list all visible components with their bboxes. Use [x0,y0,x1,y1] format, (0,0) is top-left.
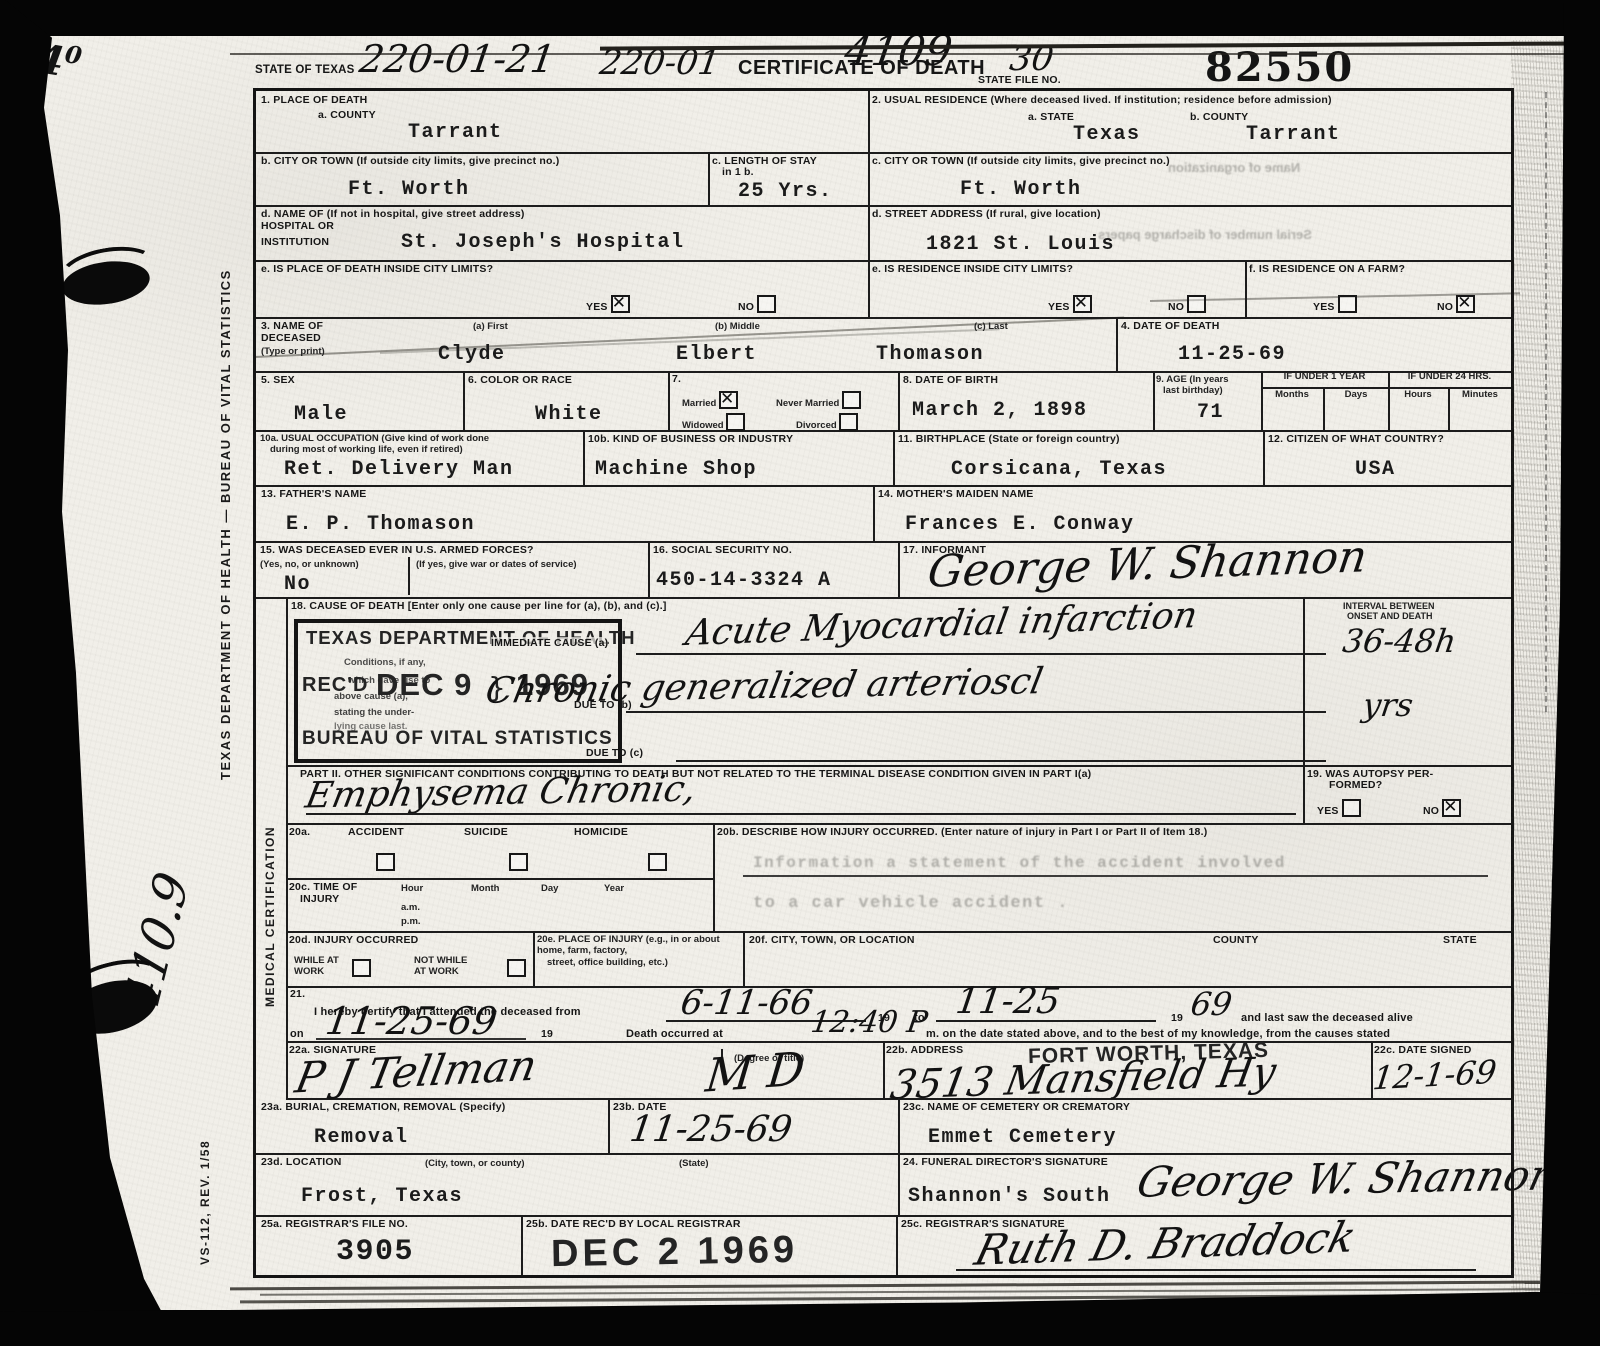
interval-b-value: yrs [1361,689,1415,721]
field-12-value: USA [1355,460,1396,480]
part-2-line [306,813,1296,815]
field-21-number: 21. [290,988,305,1001]
field-4-value: 11-25-69 [1178,345,1286,365]
field-15-label: 15. WAS DECEASED EVER IN U.S. ARMED FORC… [260,544,534,557]
days-label: Days [1327,389,1385,400]
cb-1e-yes [611,295,630,313]
cause-c-line [676,760,1326,762]
month-label: Month [471,883,500,894]
last-seen-date: 11-25-69 [323,1002,499,1040]
field-23b-date: 23b. DATE 11-25-69 [608,1098,900,1155]
cb-2f-no [1456,295,1475,313]
physician-degree: M D [704,1045,807,1098]
time-of-death: 12:40 P [809,1008,929,1038]
field-24-label: 24. FUNERAL DIRECTOR'S SIGNATURE [903,1156,1108,1169]
field-2f-farm: f. IS RESIDENCE ON A FARM? YES NO [1245,260,1511,319]
field-25a-registrar-file: 25a. REGISTRAR'S FILE NO. 3905 [256,1215,523,1275]
death-occurred-at: Death occurred at [626,1028,723,1041]
field-23c-label: 23c. NAME OF CEMETERY OR CREMATORY [903,1101,1130,1114]
am-label: a.m. [401,902,420,913]
county-header: COUNTY [1213,934,1259,947]
field-24-value: Shannon's South [908,1187,1111,1207]
medical-certification-column: MEDICAL CERTIFICATION [256,597,288,1098]
handwritten-code-2: 220-01 [598,46,722,80]
field-25b-label: 25b. DATE REC'D BY LOCAL REGISTRAR [526,1218,741,1231]
certify-text-3: and last saw the deceased alive [1241,1012,1413,1025]
field-23d-sub2: (State) [679,1158,709,1169]
certify-19-b: 19 [1171,1012,1183,1025]
field-2-usual-residence: 2. USUAL RESIDENCE (Where deceased lived… [868,91,1511,154]
cause-a-line [636,653,1326,655]
field-23a-burial: 23a. BURIAL, CREMATION, REMOVAL (Specify… [256,1098,610,1155]
if-under-1-year-label: IF UNDER 1 YEAR [1261,371,1388,389]
field-3-title2: DECEASED [261,332,321,345]
stamp-recd: REC'D [302,675,368,695]
field-9-label: 9. AGE (In years [1156,374,1229,385]
field-9-age: 9. AGE (In years last birthday) 71 [1153,371,1263,432]
top-scan-line-2 [230,53,1600,55]
field-13-label: 13. FATHER'S NAME [261,488,366,501]
state-of-texas-label: STATE OF TEXAS [255,64,355,78]
field-10b-industry: 10b. KIND OF BUSINESS OR INDUSTRY Machin… [583,430,895,487]
field-10a-value: Ret. Delivery Man [284,460,514,480]
field-23c-cemetery: 23c. NAME OF CEMETERY OR CREMATORY Emmet… [898,1098,1511,1155]
field-3c-label: (c) Last [974,321,1008,332]
physician-signature: P J Tellman [292,1044,540,1099]
field-3-title1: 3. NAME OF [261,320,323,333]
cb-1e-no [757,295,776,313]
handwritten-file-no: 4109 [842,30,955,72]
injury-line [743,875,1488,877]
field-2e-label: e. IS RESIDENCE INSIDE CITY LIMITS? [872,263,1073,276]
minutes-label: Minutes [1452,389,1508,400]
cb-married [719,391,738,409]
scan-border-top [0,0,1600,36]
field-1-place-of-death: 1. PLACE OF DEATH a. COUNTY Tarrant [256,91,870,154]
stamp-date-month: DEC 9 [376,669,472,700]
field-1d-hospital: d. NAME OF (If not in hospital, give str… [256,205,870,262]
field-23d-value: Frost, Texas [301,1187,463,1207]
field-23c-value: Emmet Cemetery [928,1128,1117,1148]
field-3-name-of-deceased: 3. NAME OF DECEASED (Type or print) (a) … [256,317,1118,373]
cb-widowed [726,413,745,431]
cb-not-while-at-work [507,959,526,977]
pm-label: p.m. [401,916,421,927]
handwritten-code-1: 220-01-21 [357,40,557,78]
right-margin-dashed-line [1545,92,1547,712]
certificate-form: 1. PLACE OF DEATH a. COUNTY Tarrant 2. U… [253,88,1514,1278]
state-header: STATE [1443,934,1477,947]
field-1b-value: Ft. Worth [348,180,470,200]
field-7-label: 7. [672,373,681,386]
cb-accident [376,853,395,871]
field-15-label2: (Yes, no, or unknown) [260,559,359,570]
field-25b-date-received: 25b. DATE REC'D BY LOCAL REGISTRAR DEC 2… [521,1215,898,1275]
interval-a-value: 36-48h [1341,625,1458,657]
field-20a-manner: 20a. ACCIDENT SUICIDE HOMICIDE [286,823,715,880]
field-12-label: 12. CITIZEN OF WHAT COUNTRY? [1268,433,1444,446]
field-21-certification: 21. I hereby certify that I attended the… [286,986,1511,1043]
field-2d-value: 1821 St. Louis [926,235,1115,255]
field-17-informant: 17. INFORMANT George W. Shannon [898,541,1511,599]
field-16-ssn: 16. SOCIAL SECURITY NO. 450-14-3324 A [648,541,900,599]
field-15-value: No [284,575,311,595]
field-15-label3: (If yes, give war or dates of service) [416,559,577,570]
cb-2e-yes [1073,295,1092,313]
field-1c-value: 25 Yrs. [738,182,833,202]
injury-ghost-line-2: to a car vehicle accident . [753,895,1069,912]
field-11-birthplace: 11. BIRTHPLACE (State or foreign country… [893,430,1265,487]
field-25a-label: 25a. REGISTRAR'S FILE NO. [261,1218,408,1231]
certify-line-2 [936,1020,1156,1022]
if-under-24-hrs-label: IF UNDER 24 HRS. [1388,371,1511,389]
interval-label-2: ONSET AND DEATH [1347,611,1433,622]
interval-column: INTERVAL BETWEEN ONSET AND DEATH 36-48h … [1303,597,1511,767]
cb-2e-no [1187,295,1206,313]
cause-a-handwriting: Acute Myocardial infarction [683,598,1200,652]
field-22b-label: 22b. ADDRESS [886,1044,963,1057]
field-1d-value: St. Joseph's Hospital [401,233,685,253]
cb-19-no [1442,799,1461,817]
field-23a-label: 23a. BURIAL, CREMATION, REMOVAL (Specify… [261,1101,505,1114]
field-22b-address: 22b. ADDRESS FORT WORTH, TEXAS 3513 Mans… [883,1041,1373,1100]
field-20d-label: 20d. INJURY OCCURRED [289,934,418,947]
cb-homicide [648,853,667,871]
field-1e-yes-label: YES [586,301,608,313]
field-8-date-of-birth: 8. DATE OF BIRTH March 2, 1898 [898,371,1155,432]
medical-certification-vertical-text: MEDICAL CERTIFICATION [263,687,277,1007]
field-7-married-label: Married [682,398,716,409]
while-at-work-label2: WORK [294,966,324,977]
field-3a-label: (a) First [473,321,508,332]
certify-text-6: m. on the date stated above, and to the … [926,1028,1390,1041]
field-22c-date-signed: 22c. DATE SIGNED 12-1-69 [1371,1041,1511,1100]
registrar-signature-handwriting: Ruth D. Braddock [971,1216,1360,1272]
field-2b-label: b. COUNTY [1190,111,1248,124]
field-3b-value: Elbert [676,345,757,365]
field-24-funeral-director: 24. FUNERAL DIRECTOR'S SIGNATURE Shannon… [898,1153,1511,1217]
date-signed-handwriting: 12-1-69 [1371,1056,1498,1095]
field-20b-describe-injury: 20b. DESCRIBE HOW INJURY OCCURRED. (Ente… [713,823,1511,933]
field-1a-label: a. COUNTY [318,109,376,122]
field-19-yes-label: YES [1317,805,1339,817]
cb-divorced [839,413,858,431]
year-label: Year [604,883,624,894]
while-at-work-label1: WHILE AT [294,955,339,966]
field-20c-label1: 20c. TIME OF [289,881,357,894]
field-9-if-under-1-year: IF UNDER 1 YEAR Months Days [1261,371,1390,432]
field-23d-location: 23d. LOCATION (City, town, or county) (S… [256,1153,900,1217]
field-12-citizen: 12. CITIZEN OF WHAT COUNTRY? USA [1263,430,1511,487]
field-1a-value: Tarrant [408,123,503,143]
field-2-title: 2. USUAL RESIDENCE (Where deceased lived… [872,94,1332,107]
field-2a-value: Texas [1073,125,1141,145]
field-10a-occupation: 10a. USUAL OCCUPATION (Give kind of work… [256,430,585,487]
field-2d-label: d. STREET ADDRESS (If rural, give locati… [872,208,1101,221]
dept-vertical-text: TEXAS DEPARTMENT OF HEALTH — BUREAU OF V… [218,100,233,780]
certify-19-c: 19 [541,1028,553,1041]
field-2a-label: a. STATE [1028,111,1074,124]
cb-never-married [842,391,861,409]
registrar-signature-line [956,1269,1476,1271]
field-5-label: 5. SEX [261,374,295,387]
field-19-no-label: NO [1423,805,1439,817]
field-23a-value: Removal [314,1128,409,1148]
part-2-handwriting: Emphysema Chronic, [303,772,700,815]
cause-b-line [626,711,1326,713]
state-file-no-label: STATE FILE NO. [978,74,1061,87]
field-16-label: 16. SOCIAL SECURITY NO. [653,544,792,557]
field-4-label: 4. DATE OF DEATH [1121,320,1219,333]
field-22a-signature: 22a. SIGNATURE (Degree or title) P J Tel… [286,1041,885,1100]
field-20c-label2: INJURY [300,893,339,906]
field-1d-label: d. NAME OF (If not in hospital, give str… [261,208,525,221]
field-2f-yes-label: YES [1313,301,1335,313]
attended-from-date: 6-11-66 [679,986,815,1020]
field-19-autopsy: 19. WAS AUTOPSY PER- FORMED? YES NO [1303,765,1511,825]
form-number-vertical: VS-112, REV. 1/58 [198,1085,212,1265]
field-9-if-under-24-hrs: IF UNDER 24 HRS. Hours Minutes [1388,371,1511,432]
field-20c-time-of-injury: 20c. TIME OF INJURY Hour Month Day Year … [286,878,715,933]
stamp-under-text-4: stating the under- [334,707,414,718]
field-19-label2: FORMED? [1329,779,1382,792]
field-6-label: 6. COLOR OR RACE [468,374,572,387]
hours-label: Hours [1388,389,1450,430]
day-label: Day [541,883,558,894]
field-14-mothers-maiden-name: 14. MOTHER'S MAIDEN NAME Frances E. Conw… [873,485,1511,543]
date-received-stamp: DEC 2 1969 [551,1231,799,1273]
homicide-label: HOMICIDE [574,826,628,839]
field-2c-label: c. CITY OR TOWN (If outside city limits,… [872,155,1170,168]
field-1b-label: b. CITY OR TOWN (If outside city limits,… [261,155,559,168]
field-1d-label3: INSTITUTION [261,236,329,249]
bleedthrough-text-1: Name of organization [1168,160,1300,176]
field-3a-value: Clyde [438,345,506,365]
scanned-death-certificate: STATE OF TEXAS 220-01-21 220-01 CERTIFIC… [0,0,1600,1346]
field-2e-city-limits: e. IS RESIDENCE INSIDE CITY LIMITS? YES … [868,260,1247,319]
field-15-inner-divider [408,557,410,595]
field-9-value: 71 [1197,403,1224,423]
bleedthrough-text-2: Serial number of discharge papers [1098,227,1312,243]
field-1d-label2: HOSPITAL OR [261,220,334,233]
field-9-label2: last birthday) [1163,385,1223,396]
field-20e-place-of-injury: 20e. PLACE OF INJURY (e.g., in or about … [533,931,745,988]
field-13-value: E. P. Thomason [286,515,475,535]
field-1c-label2: in 1 b. [722,166,754,179]
field-10a-label: 10a. USUAL OCCUPATION (Give kind of work… [260,433,489,444]
field-20f-label: 20f. CITY, TOWN, OR LOCATION [749,934,915,947]
accident-label: ACCIDENT [348,826,404,839]
part-2-conditions: PART II. OTHER SIGNIFICANT CONDITIONS CO… [286,765,1305,825]
injury-ghost-line-1: Information a statement of the accident … [753,855,1286,871]
field-2c-value: Ft. Worth [960,180,1082,200]
field-1b-city: b. CITY OR TOWN (If outside city limits,… [256,152,710,207]
cb-19-yes [1342,799,1361,817]
field-23b-handwriting: 11-25-69 [627,1112,794,1148]
field-11-label: 11. BIRTHPLACE (State or foreign country… [898,433,1120,446]
field-20e-label2: street, office building, etc.) [547,957,668,968]
field-4-date-of-death: 4. DATE OF DEATH 11-25-69 [1116,317,1511,373]
immediate-cause-label: IMMEDIATE CAUSE (a) [491,637,608,650]
field-2f-no-label: NO [1437,301,1453,313]
field-1c-length-of-stay: c. LENGTH OF STAY in 1 b. 25 Yrs. [708,152,870,207]
months-label: Months [1261,389,1325,430]
field-10a-label2: during most of working life, even if ret… [270,444,463,455]
field-2e-no-label: NO [1168,301,1184,313]
not-while-at-work-label2: AT WORK [414,966,459,977]
field-3c-value: Thomason [876,345,984,365]
field-2e-yes-label: YES [1048,301,1070,313]
field-6-value: White [535,405,603,425]
field-8-value: March 2, 1898 [912,401,1088,421]
field-20a-number: 20a. [289,826,310,839]
field-2d-street: d. STREET ADDRESS (If rural, give locati… [868,205,1511,262]
due-to-c-label: DUE TO (c) [586,747,643,760]
field-2b-value: Tarrant [1246,125,1341,145]
field-2f-label: f. IS RESIDENCE ON A FARM? [1249,263,1405,276]
not-while-at-work-label1: NOT WHILE [414,955,467,966]
cb-while-at-work [352,959,371,977]
field-1-title: 1. PLACE OF DEATH [261,94,367,107]
suicide-label: SUICIDE [464,826,508,839]
field-11-value: Corsicana, Texas [951,460,1167,480]
field-10b-value: Machine Shop [595,460,757,480]
field-5-sex: 5. SEX Male [256,371,465,432]
field-10b-label: 10b. KIND OF BUSINESS OR INDUSTRY [588,433,793,446]
certify-line-3 [316,1038,526,1040]
field-18-cause-of-death: 18. CAUSE OF DEATH [Enter only one cause… [286,597,1305,767]
field-1e-no-label: NO [738,301,754,313]
field-20d-injury-occurred: 20d. INJURY OCCURRED WHILE AT WORK NOT W… [286,931,535,988]
field-20e-label1: 20e. PLACE OF INJURY (e.g., in or about … [537,934,737,957]
attended-to-year: 69 [1189,988,1234,1020]
field-23d-sub1: (City, town, or county) [425,1158,525,1169]
field-20f-location: 20f. CITY, TOWN, OR LOCATION COUNTY STAT… [743,931,1511,988]
field-25c-registrar-signature: 25c. REGISTRAR'S SIGNATURE Ruth D. Bradd… [896,1215,1511,1275]
field-14-label: 14. MOTHER'S MAIDEN NAME [878,488,1033,501]
field-5-value: Male [294,405,348,425]
cb-suicide [509,853,528,871]
field-3-title3: (Type or print) [261,346,325,357]
field-15-armed-forces: 15. WAS DECEASED EVER IN U.S. ARMED FORC… [256,541,650,599]
field-7-never-married-label: Never Married [776,398,839,409]
field-8-label: 8. DATE OF BIRTH [903,374,998,387]
field-17-signature: George W. Shannon [925,535,1370,595]
hour-label: Hour [401,883,423,894]
field-18-label: 18. CAUSE OF DEATH [Enter only one cause… [291,600,667,613]
cb-2f-yes [1338,295,1357,313]
field-25a-value: 3905 [336,1237,414,1267]
cause-b-handwriting: Chronic generalized arterioscl [483,664,1046,710]
state-file-number: 82550 [1205,44,1354,91]
field-7-marital-status: 7. Married Never Married Widowed Divorce… [668,371,900,432]
field-20b-label: 20b. DESCRIBE HOW INJURY OCCURRED. (Ente… [717,826,1207,839]
field-13-fathers-name: 13. FATHER'S NAME E. P. Thomason [256,485,875,543]
field-1e-city-limits: e. IS PLACE OF DEATH INSIDE CITY LIMITS?… [256,260,870,319]
field-6-color-or-race: 6. COLOR OR RACE White [463,371,670,432]
certify-on: on [290,1028,304,1041]
field-16-value: 450-14-3324 A [656,571,832,591]
field-3b-label: (b) Middle [715,321,760,332]
stamp-line-3: BUREAU OF VITAL STATISTICS [302,729,613,748]
field-1e-label: e. IS PLACE OF DEATH INSIDE CITY LIMITS? [261,263,493,276]
attended-to-date: 11-25 [953,984,1062,1020]
field-14-value: Frances E. Conway [905,515,1135,535]
field-23d-label: 23d. LOCATION [261,1156,342,1169]
field-2c-city: c. CITY OR TOWN (If outside city limits,… [868,152,1511,207]
